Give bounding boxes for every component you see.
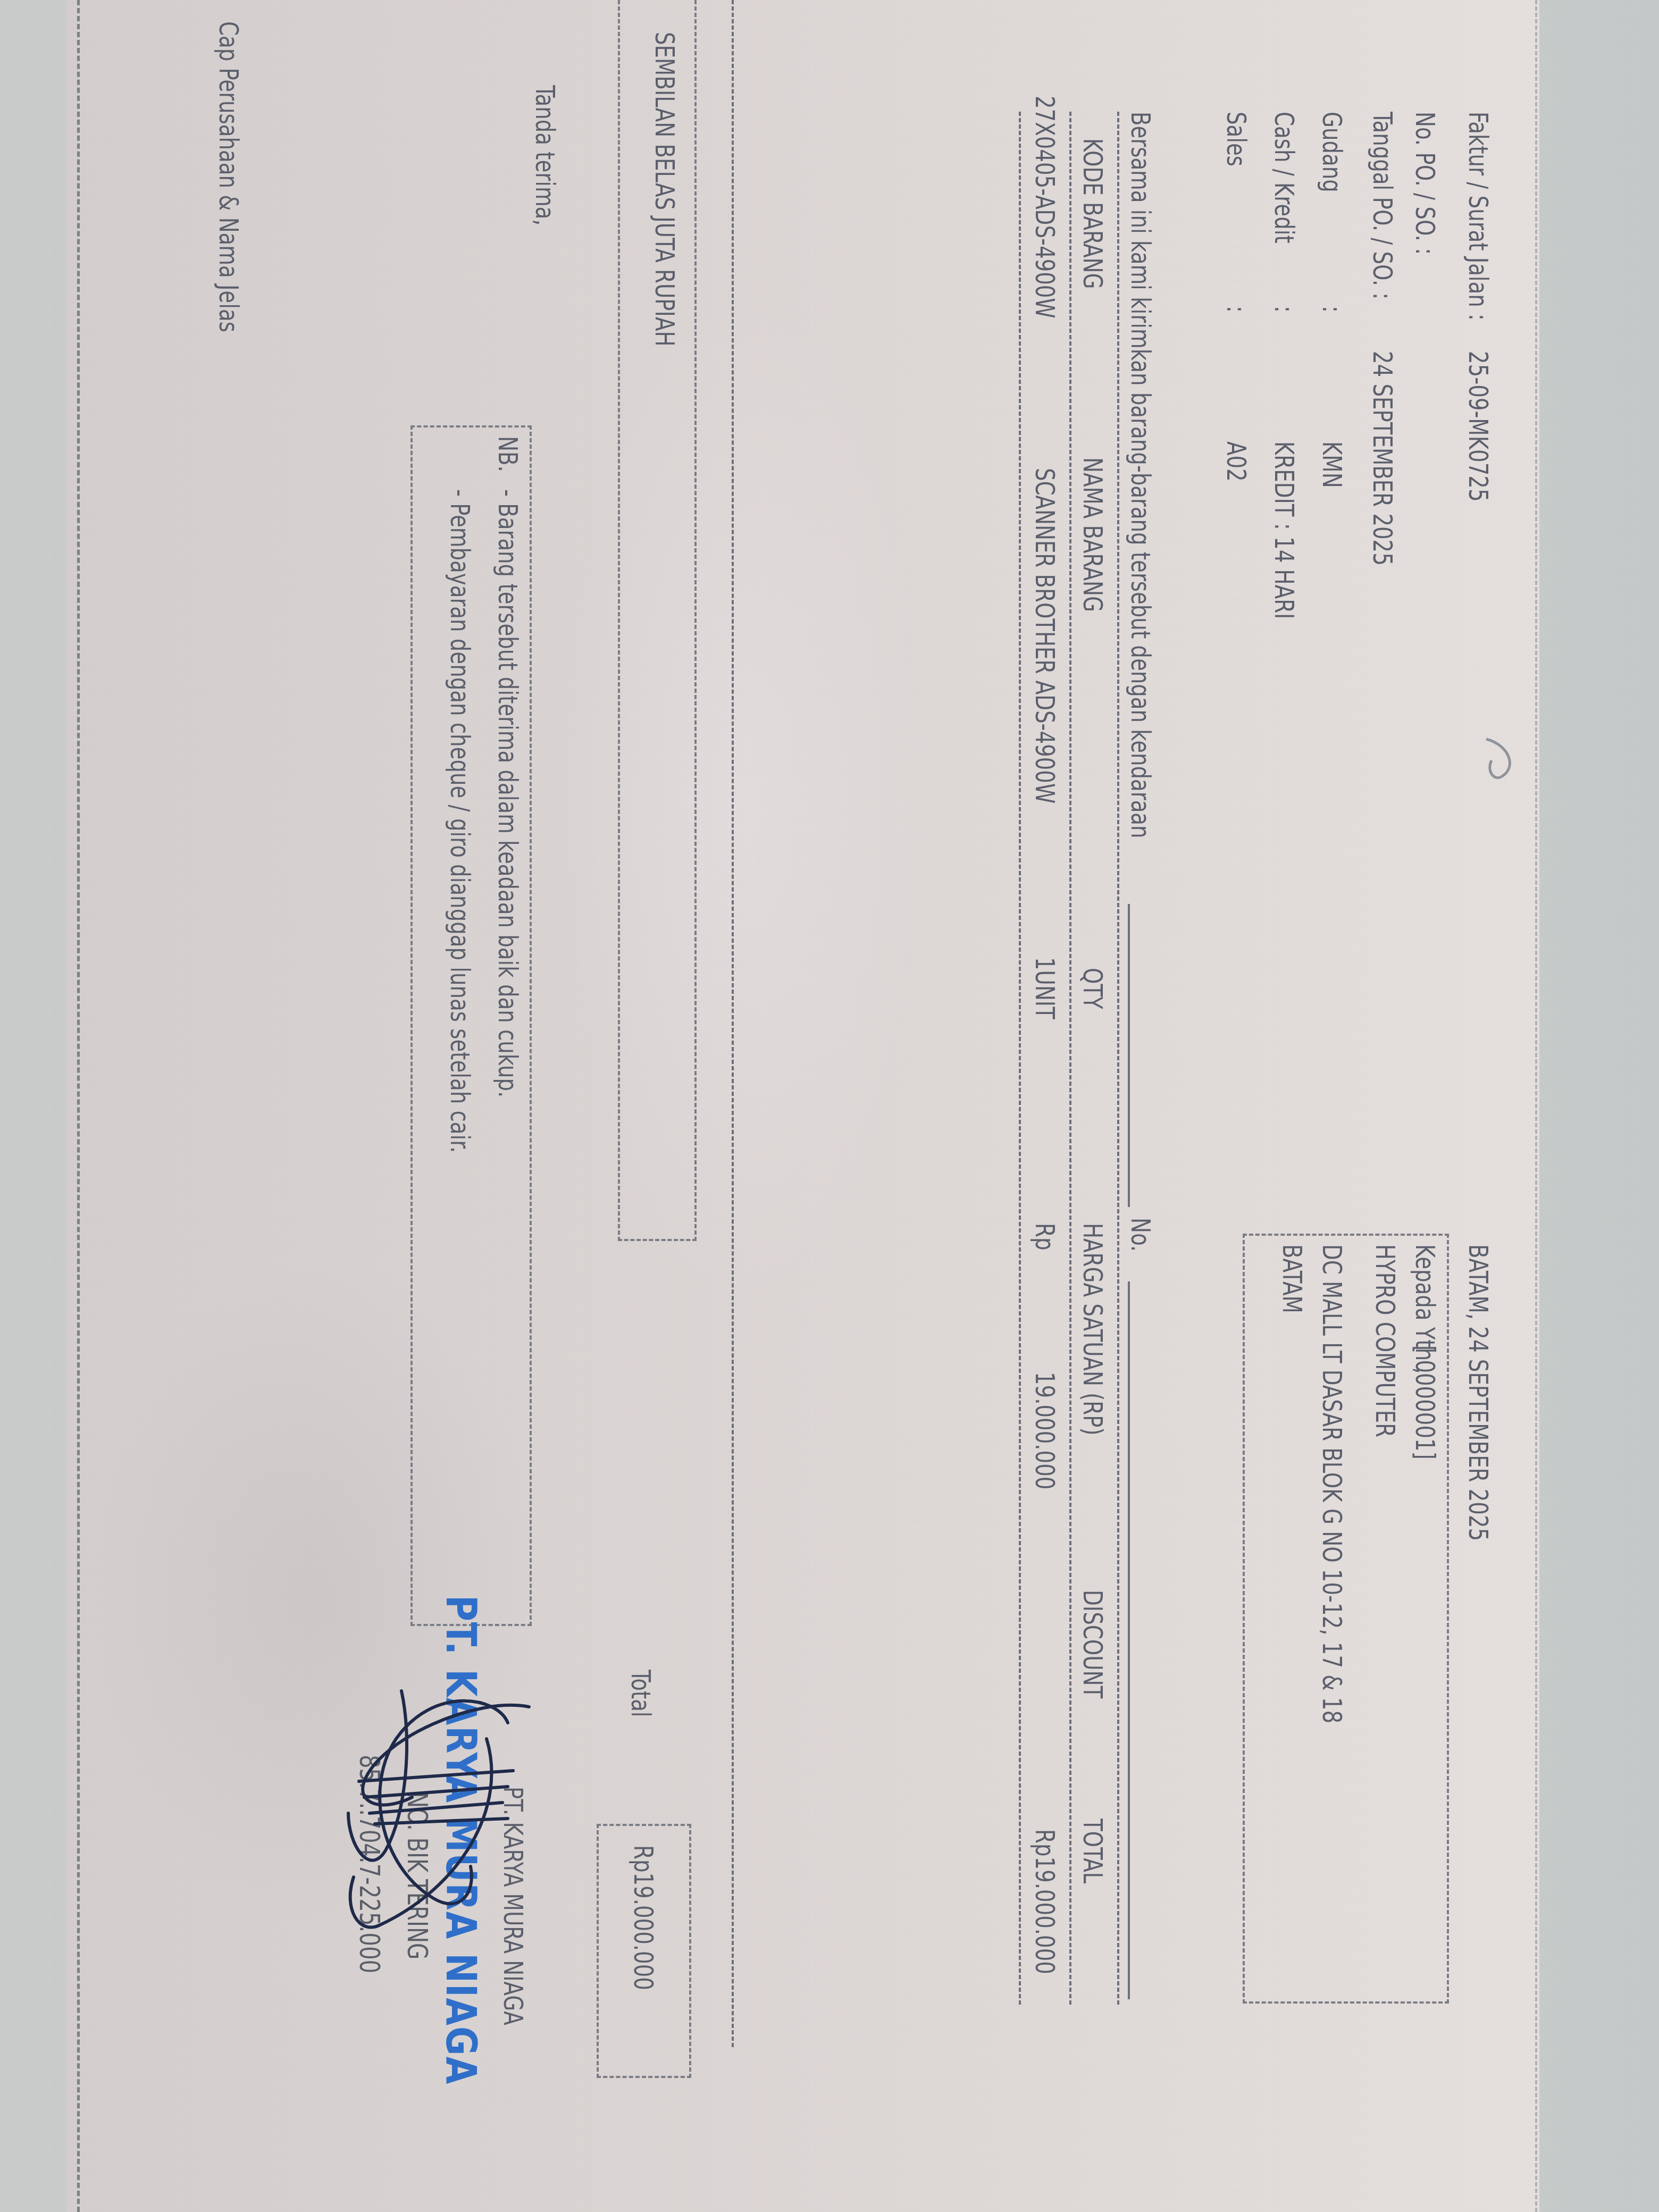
perforation-top (1535, 0, 1537, 2212)
address-line1: DC MALL LT DASAR BLOK G NO 10-12, 17 & 1… (1319, 1244, 1345, 1723)
po-so-label: No. PO. / SO. : (1412, 112, 1438, 255)
intro-text: Bersama ini kami kirimkan barang-barang … (1127, 112, 1154, 839)
table-top-rule (1117, 112, 1119, 2005)
row-harga: 19.000.000 (1032, 1372, 1058, 1489)
col-harga-satuan: HARGA SATUAN (RP) (1079, 1223, 1106, 1436)
row-nama: SCANNER BROTHER ADS-4900W (1032, 468, 1058, 803)
faktur-label: Faktur / Surat Jalan : (1465, 112, 1492, 321)
total-value: Rp19.000.000 (630, 1845, 657, 1990)
tanggal-value: 24 SEPTEMBER 2025 (1369, 351, 1396, 566)
col-nama-barang: NAMA BARANG (1079, 457, 1106, 612)
faktur-number: 25-09-MK0725 (1465, 351, 1492, 502)
no-line (1128, 1281, 1130, 1999)
place-date: BATAM, 24 SEPTEMBER 2025 (1465, 1244, 1492, 1541)
perforation-bottom (77, 0, 80, 2212)
vehicle-line (1128, 904, 1130, 1207)
row-total: Rp19.000.000 (1032, 1829, 1058, 1974)
terbilang-text: SEMBILAN BELAS JUTA RUPIAH (651, 32, 678, 347)
gudang-label: Gudang (1319, 112, 1345, 192)
nb-label: NB. (495, 436, 521, 472)
sales-label: Sales (1223, 112, 1250, 166)
intro-no-label: No. (1127, 1218, 1154, 1252)
customer-code: [ 0000001] (1412, 1345, 1438, 1460)
cash-kredit-label: Cash / Kredit (1271, 112, 1297, 244)
invoice-paper: Faktur / Surat Jalan : 25-09-MK0725 No. … (66, 0, 1539, 2212)
col-qty: QTY (1079, 968, 1106, 1009)
col-total: TOTAL (1079, 1819, 1106, 1883)
tanda-terima-label: Tanda terima, (532, 85, 558, 226)
pencil-mark (1476, 734, 1523, 798)
row-kode: 27X0405-ADS-4900W (1032, 96, 1058, 319)
total-label: Total (627, 1670, 654, 1717)
cash-kredit-value: KREDIT : 14 HARI (1271, 441, 1297, 619)
cap-label: Cap Perusahaan & Nama Jelas (215, 21, 242, 332)
tanggal-label: Tanggal PO. / SO. : (1369, 112, 1396, 299)
address-line2: BATAM (1279, 1244, 1305, 1313)
items-area-bottom-rule (732, 0, 734, 2047)
sales-value: A02 (1223, 441, 1250, 482)
gudang-colon: : (1319, 306, 1345, 313)
table-body-rule (1019, 112, 1021, 2005)
note-2: - Pembayaran dengan cheque / giro diangg… (447, 489, 473, 1153)
note-1: - Barang tersebut diterima dalam keadaan… (495, 489, 521, 1097)
row-currency: Rp (1032, 1223, 1058, 1250)
row-qty: 1UNIT (1032, 957, 1058, 1019)
table-header-rule (1069, 112, 1071, 2005)
customer-name: HYPRO COMPUTER (1372, 1244, 1398, 1437)
col-discount: DISCOUNT (1079, 1590, 1106, 1698)
cash-kredit-colon: : (1271, 306, 1297, 313)
sales-colon: : (1223, 306, 1250, 313)
gudang-value: KMN (1319, 441, 1345, 488)
signature-scribble (338, 1675, 540, 1951)
col-kode-barang: KODE BARANG (1079, 138, 1106, 289)
